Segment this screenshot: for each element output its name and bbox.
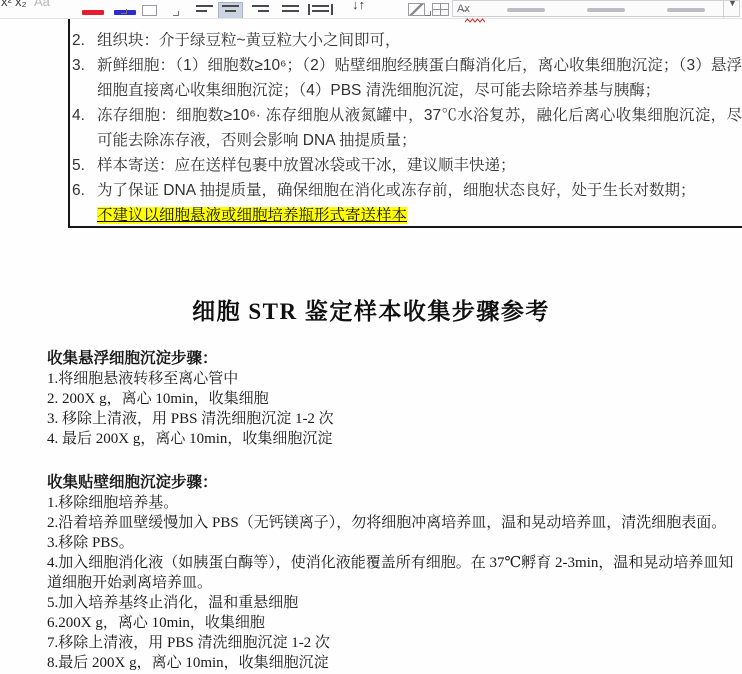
procedure-step: 2. 200X g，离心 10min，收集细胞 bbox=[47, 389, 742, 409]
list-item: 4. 冻存细胞：细胞数≥10⁶· 冻存细胞从液氮罐中，37℃水浴复苏，融化后离心… bbox=[72, 103, 742, 153]
style-item-placeholder[interactable] bbox=[507, 8, 545, 12]
list-item: 2. 组织块：介于绿豆粒~黄豆粒大小之间即可， bbox=[72, 28, 742, 53]
distributed-align-icon[interactable] bbox=[312, 2, 329, 12]
style-gallery[interactable]: A̶x ▼ bbox=[452, 0, 740, 17]
section-suspension-cells: 收集悬浮细胞沉淀步骤： 1.将细胞悬液转移至离心管中 2. 200X g，离心 … bbox=[47, 349, 742, 449]
gallery-separator bbox=[723, 1, 724, 18]
procedure-step: 4.加入细胞消化液（如胰蛋白酶等），使消化液能覆盖所有细胞。在 37℃孵育 2-… bbox=[47, 553, 742, 593]
style-item-placeholder[interactable] bbox=[587, 8, 625, 12]
line-spacing-icon[interactable]: ↓↑ bbox=[352, 0, 365, 11]
list-item: 6. 为了保证 DNA 抽提质量，确保细胞在消化或冻存前，细胞状态良好，处于生长… bbox=[72, 178, 742, 203]
text-boundary-mark bbox=[173, 11, 179, 16]
list-text: 组织块：介于绿豆粒~黄豆粒大小之间即可， bbox=[97, 28, 742, 53]
procedure-step: 5.加入培养基终止消化，温和重悬细胞 bbox=[47, 593, 742, 613]
app-window: x² x₂ Aa ↓↑ A̶x ▼ bbox=[0, 0, 742, 674]
distributed-align-bar bbox=[308, 4, 310, 15]
list-number: 4. bbox=[72, 103, 97, 153]
list-text: 冻存细胞：细胞数≥10⁶· 冻存细胞从液氮罐中，37℃水浴复苏，融化后离心收集细… bbox=[97, 103, 742, 153]
style-preview-glyph: A̶x bbox=[457, 2, 470, 16]
gallery-dropdown-arrow[interactable]: ▼ bbox=[728, 0, 737, 8]
highlighted-note: 不建议以细胞悬液或细胞培养瓶形式寄送样本 bbox=[97, 207, 407, 224]
superscript-icon[interactable]: x² bbox=[1, 0, 12, 8]
shading-icon[interactable] bbox=[408, 3, 425, 16]
ribbon-toolbar: x² x₂ Aa ↓↑ A̶x ▼ bbox=[0, 0, 742, 19]
character-border-icon[interactable] bbox=[142, 5, 157, 16]
align-center-icon[interactable] bbox=[222, 2, 239, 12]
procedure-step: 1.将细胞悬液转移至离心管中 bbox=[47, 369, 742, 389]
document-body[interactable]: 收集悬浮细胞沉淀步骤： 1.将细胞悬液转移至离心管中 2. 200X g，离心 … bbox=[47, 349, 742, 673]
highlighted-note-row: 不建议以细胞悬液或细胞培养瓶形式寄送样本 bbox=[97, 203, 742, 228]
notice-box[interactable]: 2. 组织块：介于绿豆粒~黄豆粒大小之间即可， 3. 新鲜细胞：（1）细胞数≥1… bbox=[68, 19, 742, 228]
align-left-icon[interactable] bbox=[196, 2, 213, 12]
procedure-step: 6.200X g，离心 10min，收集细胞 bbox=[47, 613, 742, 633]
change-case-icon[interactable]: Aa bbox=[34, 0, 50, 8]
list-text: 样本寄送：应在送样包裹中放置冰袋或干冰，建议顺丰快递； bbox=[97, 153, 742, 178]
list-text: 为了保证 DNA 抽提质量，确保细胞在消化或冻存前，细胞状态良好，处于生长对数期… bbox=[97, 178, 742, 203]
list-item: 3. 新鲜细胞：（1）细胞数≥10⁶；（2）贴壁细胞经胰蛋白酶消化后，离心收集细… bbox=[72, 53, 742, 103]
list-number: 6. bbox=[72, 178, 97, 203]
list-number: 5. bbox=[72, 153, 97, 178]
section-heading: 收集悬浮细胞沉淀步骤： bbox=[47, 349, 742, 369]
procedure-step: 8.最后 200X g，离心 10min，收集细胞沉淀 bbox=[47, 653, 742, 673]
list-text: 新鲜细胞：（1）细胞数≥10⁶；（2）贴壁细胞经胰蛋白酶消化后，离心收集细胞沉淀… bbox=[97, 53, 742, 103]
procedure-step: 4. 最后 200X g，离心 10min，收集细胞沉淀 bbox=[47, 429, 742, 449]
procedure-step: 2.沿着培养皿壁缓慢加入 PBS（无钙镁离子），勿将细胞冲离培养皿，温和晃动培养… bbox=[47, 513, 742, 533]
text-boundary-mark bbox=[121, 9, 127, 14]
list-number: 3. bbox=[72, 53, 97, 103]
procedure-step: 1.移除细胞培养基。 bbox=[47, 493, 742, 513]
font-color-red-icon[interactable] bbox=[82, 10, 104, 15]
page-title: 细胞 STR 鉴定样本收集步骤参考 bbox=[0, 293, 742, 326]
procedure-step: 3. 移除上清液，用 PBS 清洗细胞沉淀 1-2 次 bbox=[47, 409, 742, 429]
procedure-step: 7.移除上清液，用 PBS 清洗细胞沉淀 1-2 次 bbox=[47, 633, 742, 653]
borders-icon[interactable] bbox=[432, 3, 449, 16]
procedure-step: 3.移除 PBS。 bbox=[47, 533, 742, 553]
list-number: 2. bbox=[72, 28, 97, 53]
style-item-placeholder[interactable] bbox=[667, 8, 705, 12]
section-heading: 收集贴壁细胞沉淀步骤： bbox=[47, 473, 742, 493]
align-right-icon[interactable] bbox=[252, 2, 269, 12]
align-justify-icon[interactable] bbox=[282, 2, 299, 12]
section-adherent-cells: 收集贴壁细胞沉淀步骤： 1.移除细胞培养基。 2.沿着培养皿壁缓慢加入 PBS（… bbox=[47, 473, 742, 673]
list-item: 5. 样本寄送：应在送样包裹中放置冰袋或干冰，建议顺丰快递； bbox=[72, 153, 742, 178]
text-boundary-mark bbox=[425, 11, 431, 16]
subscript-icon[interactable]: x₂ bbox=[15, 0, 27, 8]
distributed-align-bar bbox=[331, 4, 333, 15]
